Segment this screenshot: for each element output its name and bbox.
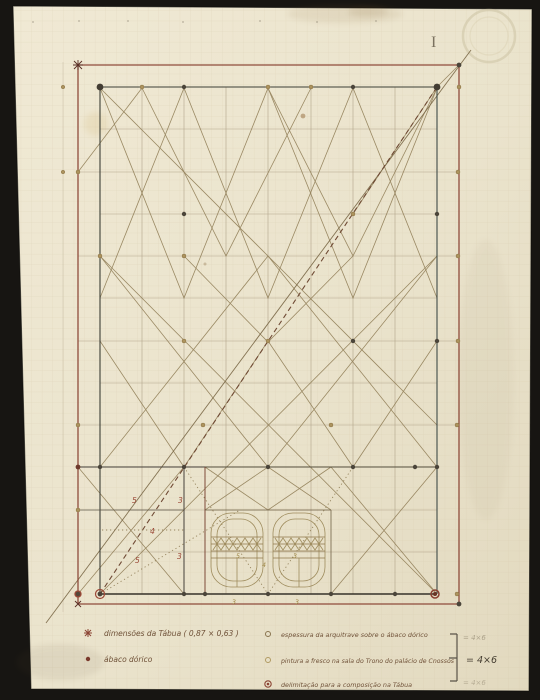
photographed-notebook-page: I (0, 0, 540, 700)
svg-text:4: 4 (262, 562, 266, 569)
svg-text:5: 5 (132, 496, 137, 505)
legend-item-architrave: espessura da arquitrave sobre o ábaco dó… (281, 631, 428, 639)
graph-paper-grid (13, 6, 532, 691)
legend-item-doric-abacus: ábaco dórico (104, 655, 153, 664)
drawing-photo: I (0, 0, 540, 700)
svg-text:5: 5 (236, 553, 240, 560)
legend-item-canvas-dimensions: dimensões da Tábua ( 0,87 × 0,63 ) (104, 629, 239, 638)
paper-sheet (13, 6, 532, 691)
doric-abacus-dot-icon (86, 657, 90, 661)
bracket-label-top: = 4×6 (463, 634, 486, 642)
svg-text:4: 4 (150, 527, 155, 536)
svg-text:5: 5 (135, 556, 140, 565)
bracket-label-bottom: = 4×6 (463, 679, 486, 687)
svg-text:3: 3 (178, 496, 183, 505)
svg-text:3: 3 (177, 552, 182, 561)
svg-text:3: 3 (293, 553, 297, 560)
legend-item-knossos-fresco: pintura a fresco na sala do Trono do pal… (280, 657, 455, 665)
svg-text:3: 3 (232, 599, 236, 606)
svg-text:3: 3 (295, 599, 299, 606)
page-number-mark: I (431, 34, 436, 51)
legend-item-composition-delimitation: delimitação para a composição na Tábua (281, 681, 412, 689)
bracket-label-main: = 4×6 (466, 655, 497, 666)
canvas-dimensions-star-icon (84, 629, 92, 637)
